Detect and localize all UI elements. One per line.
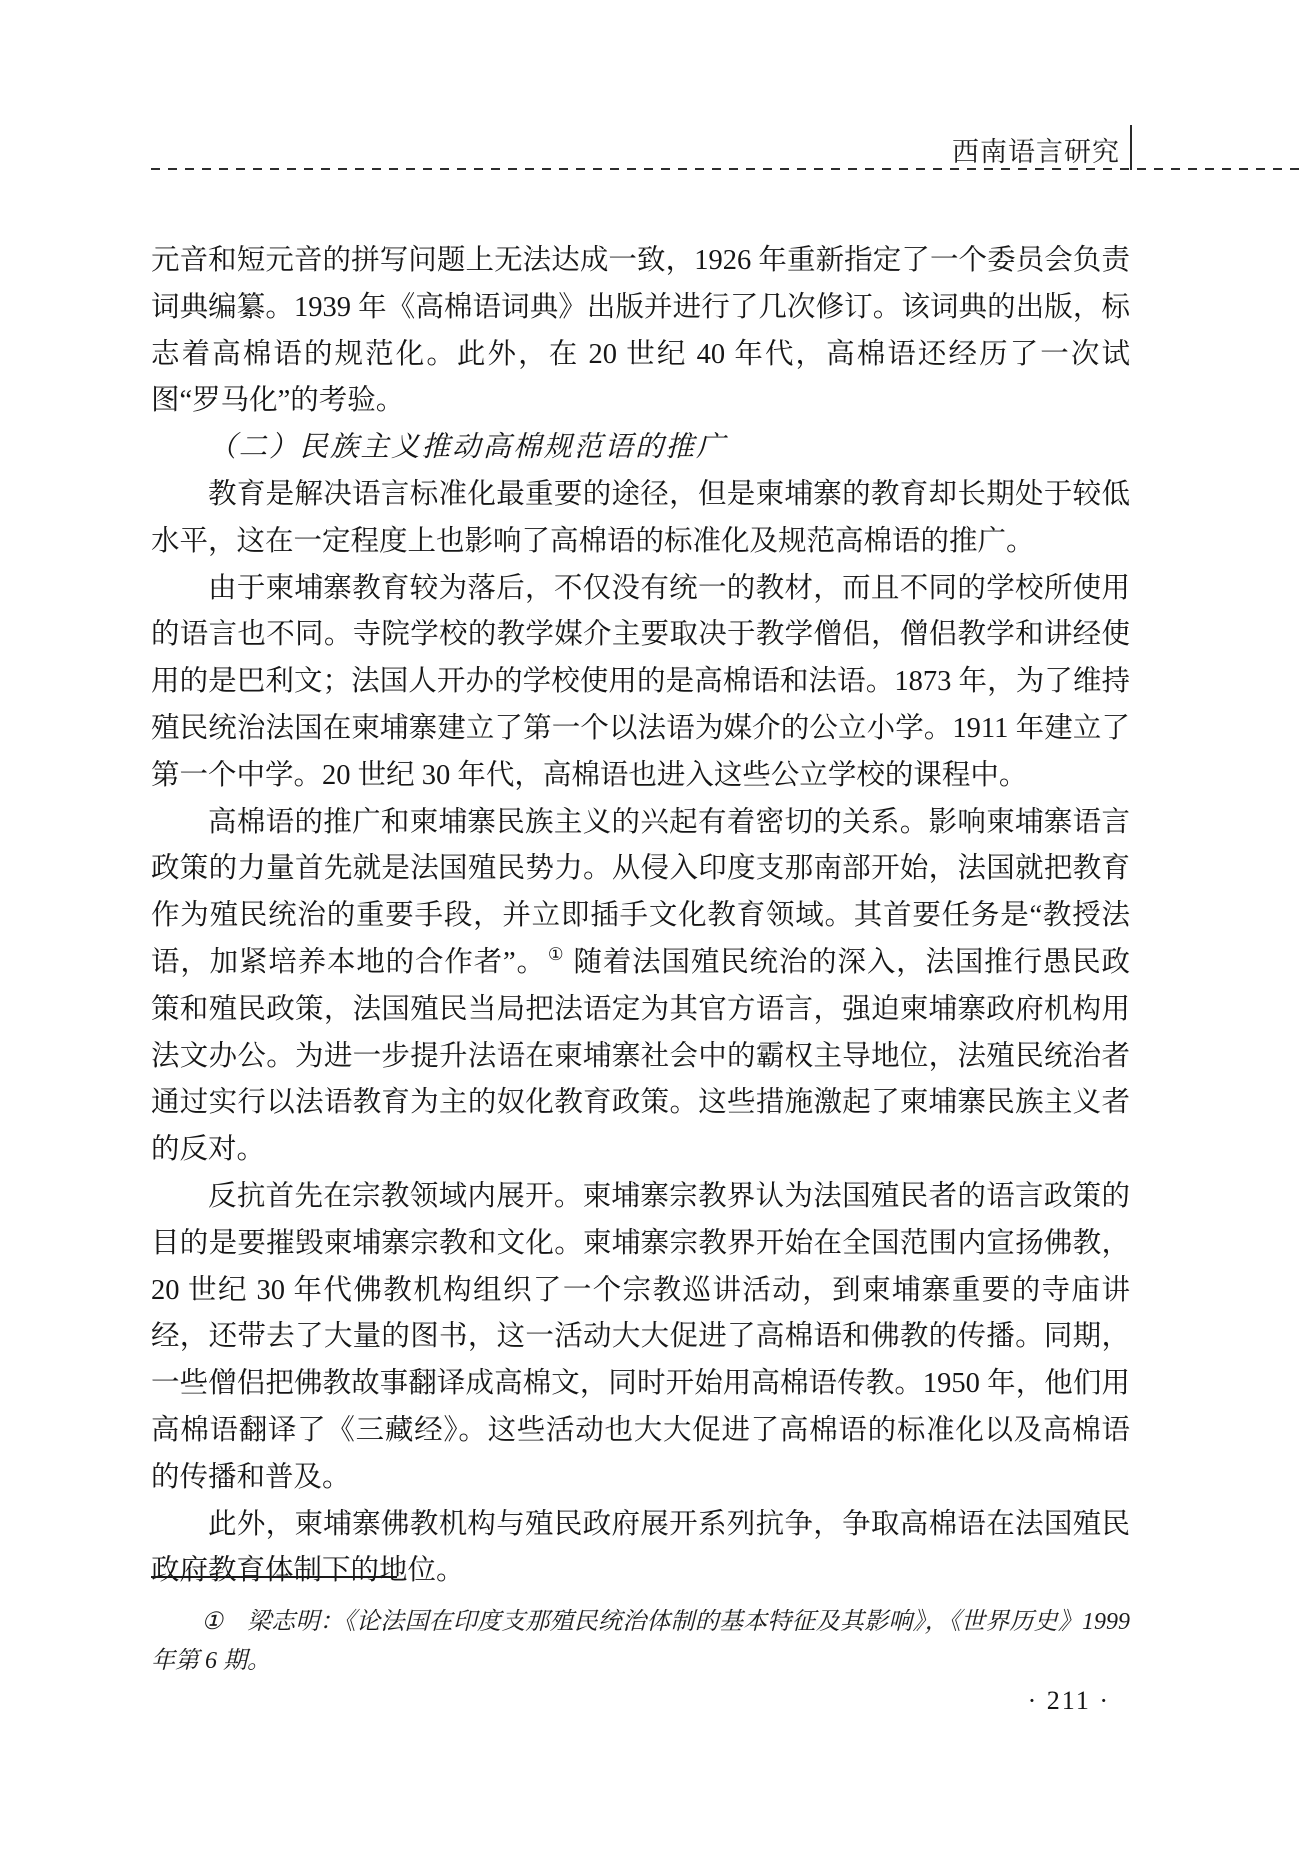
- footnote-separator: [151, 1576, 397, 1578]
- paragraph-colonial-policy: 高棉语的推广和柬埔寨民族主义的兴起有着密切的关系。影响柬埔寨语言政策的力量首先就…: [151, 800, 1130, 1174]
- footnote: ①梁志明：《论法国在印度支那殖民统治体制的基本特征及其影响》，《世界历史》199…: [151, 1603, 1130, 1681]
- paragraph-education: 教育是解决语言标准化最重要的途径，但是柬埔寨的教育却长期处于较低水平，这在一定程…: [151, 472, 1130, 566]
- header-divider-dashed: [151, 168, 1307, 170]
- footnote-marker: ①: [201, 1609, 223, 1635]
- book-page: 西南语言研究 元音和短元音的拼写问题上无法达成一致，1926 年重新指定了一个委…: [0, 0, 1307, 1859]
- page-body: 元音和短元音的拼写问题上无法达成一致，1926 年重新指定了一个委员会负责词典编…: [151, 238, 1130, 1595]
- footnote-ref-marker: ①: [548, 944, 565, 964]
- paragraph-religious-resistance: 反抗首先在宗教领域内展开。柬埔寨宗教界认为法国殖民者的语言政策的目的是要摧毁柬埔…: [151, 1174, 1130, 1502]
- page-number: · 211 ·: [1028, 1686, 1110, 1716]
- footnote-entry: ①梁志明：《论法国在印度支那殖民统治体制的基本特征及其影响》，《世界历史》199…: [151, 1603, 1130, 1681]
- header-divider-vertical: [1130, 125, 1132, 170]
- running-header-title: 西南语言研究: [952, 130, 1120, 169]
- footnote-text: 梁志明：《论法国在印度支那殖民统治体制的基本特征及其影响》，《世界历史》1999…: [151, 1609, 1130, 1674]
- section-heading: （二）民族主义推动高棉规范语的推广: [151, 425, 1130, 472]
- paragraph-buddhist-struggle: 此外，柬埔寨佛教机构与殖民政府展开系列抗争，争取高棉语在法国殖民政府教育体制下的…: [151, 1502, 1130, 1596]
- paragraph-colonial-post: 随着法国殖民统治的深入，法国推行愚民政策和殖民政策，法国殖民当局把法语定为其官方…: [151, 947, 1130, 1165]
- paragraph-intro: 元音和短元音的拼写问题上无法达成一致，1926 年重新指定了一个委员会负责词典编…: [151, 238, 1130, 425]
- paragraph-schools: 由于柬埔寨教育较为落后，不仅没有统一的教材，而且不同的学校所使用的语言也不同。寺…: [151, 566, 1130, 800]
